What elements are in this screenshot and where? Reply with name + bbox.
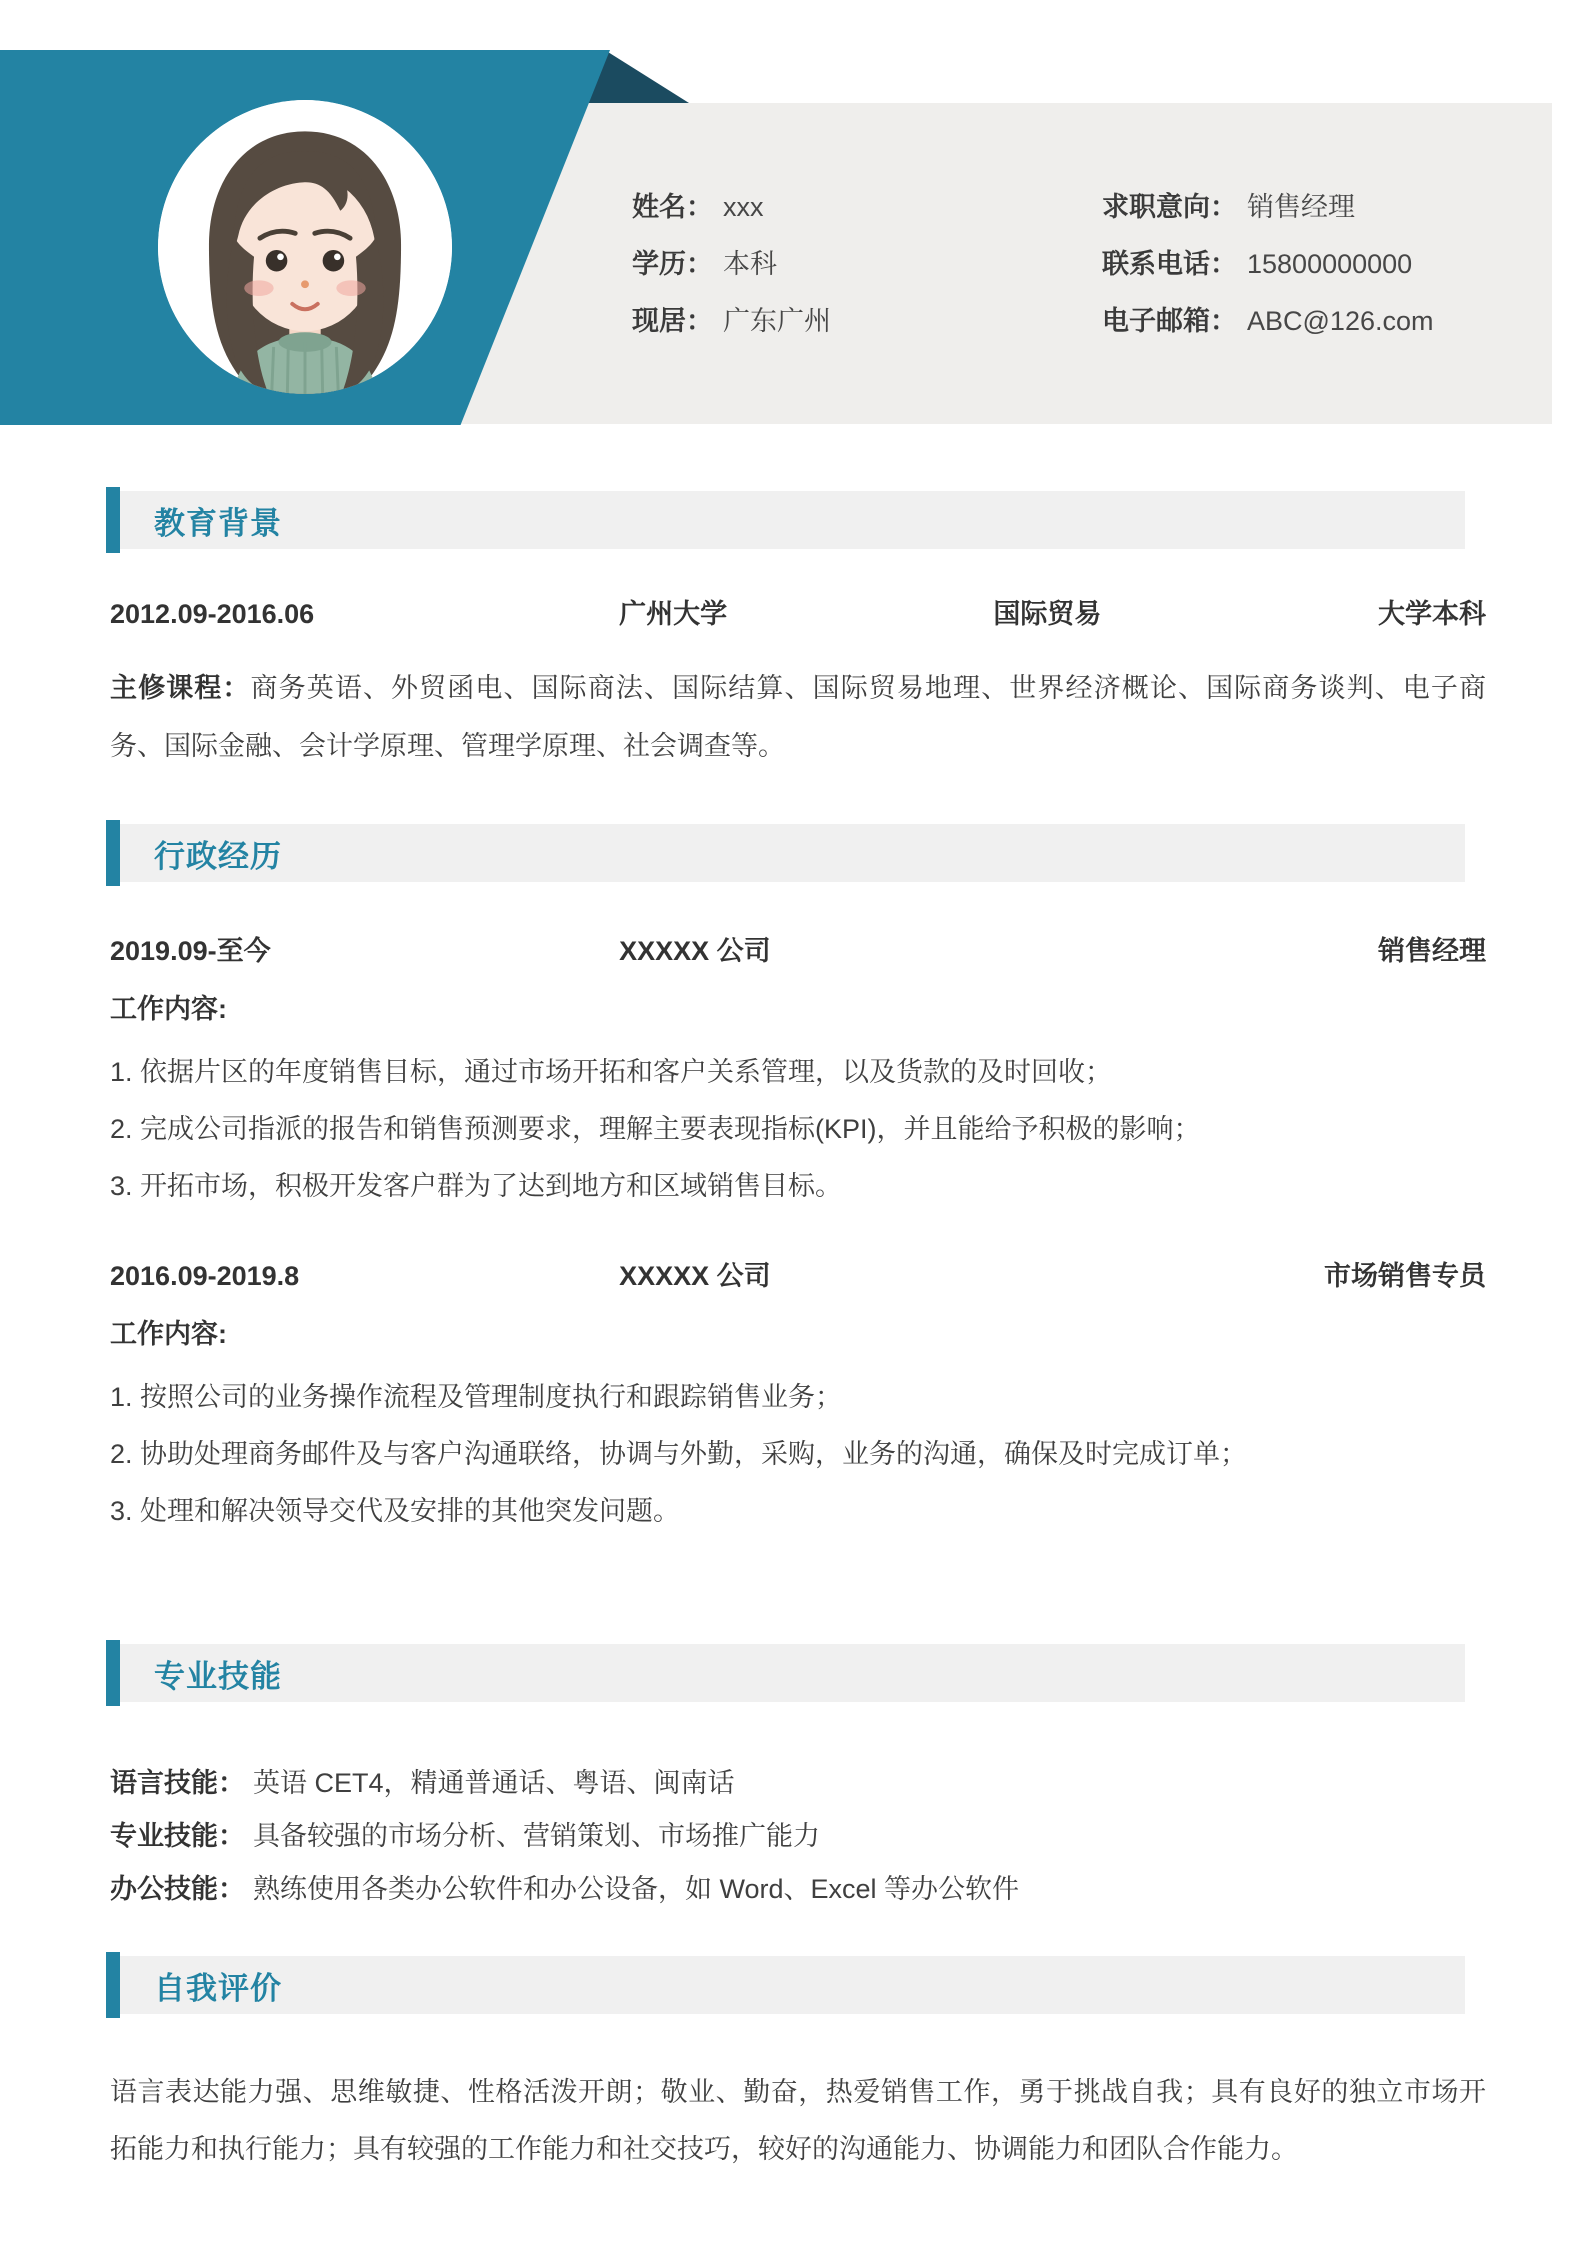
section-skills-heading: 专业技能 bbox=[106, 1640, 1465, 1706]
section-accent-bar bbox=[106, 820, 120, 886]
profile-right-column: 求职意向： 销售经理 联系电话： 15800000000 电子邮箱： ABC@1… bbox=[1102, 185, 1433, 356]
evaluation-text: 语言表达能力强、思维敏捷、性格活泼开朗；敬业、勤奋，热爱销售工作，勇于挑战自我；… bbox=[110, 2064, 1486, 2178]
duty-item: 2. 完成公司指派的报告和销售预测要求，理解主要表现指标(KPI)，并且能给予积… bbox=[110, 1101, 1486, 1158]
evaluation-content: 语言表达能力强、思维敏捷、性格活泼开朗；敬业、勤奋，热爱销售工作，勇于挑战自我；… bbox=[110, 2064, 1486, 2178]
residence-value: 广东广州 bbox=[723, 299, 831, 338]
skill-row-professional: 专业技能： 具备较强的市场分析、营销策划、市场推广能力 bbox=[110, 1819, 1486, 1853]
section-title-skills: 专业技能 bbox=[154, 1651, 282, 1696]
section-education-heading: 教育背景 bbox=[106, 487, 1465, 553]
job-role: 销售经理 bbox=[1211, 934, 1486, 968]
job-company: XXXXX 公司 bbox=[619, 934, 1211, 968]
education-row: 2012.09-2016.06 广州大学 国际贸易 大学本科 bbox=[110, 597, 1486, 631]
education-school: 广州大学 bbox=[619, 597, 993, 631]
duty-item: 3. 处理和解决领导交代及安排的其他突发问题。 bbox=[110, 1483, 1486, 1540]
courses-label: 主修课程： bbox=[110, 673, 251, 703]
profile-field-name: 姓名： xxx bbox=[632, 185, 831, 219]
section-evaluation-heading: 自我评价 bbox=[106, 1952, 1465, 2018]
profile-left-column: 姓名： xxx 学历： 本科 现居： 广东广州 bbox=[632, 185, 831, 356]
name-label: 姓名： bbox=[632, 185, 713, 224]
phone-value: 15800000000 bbox=[1247, 249, 1412, 280]
skill-label: 办公技能： bbox=[110, 1872, 245, 1906]
profile-field-email: 电子邮箱： ABC@126.com bbox=[1102, 299, 1433, 333]
degree-value: 本科 bbox=[723, 242, 777, 281]
avatar-photo bbox=[158, 100, 452, 394]
degree-label: 学历： bbox=[632, 242, 713, 281]
section-title-experience: 行政经历 bbox=[154, 831, 282, 876]
courses-text: 商务英语、外贸函电、国际商法、国际结算、国际贸易地理、世界经济概论、国际商务谈判… bbox=[110, 673, 1486, 761]
job-role: 市场销售专员 bbox=[1211, 1259, 1486, 1293]
job-row: 2016.09-2019.8 XXXXX 公司 市场销售专员 bbox=[110, 1259, 1486, 1293]
education-content: 2012.09-2016.06 广州大学 国际贸易 大学本科 主修课程：商务英语… bbox=[110, 597, 1486, 775]
duties-list: 1. 按照公司的业务操作流程及管理制度执行和跟踪销售业务； 2. 协助处理商务邮… bbox=[110, 1369, 1486, 1540]
name-value: xxx bbox=[723, 192, 764, 223]
profile-panel: 姓名： xxx 学历： 本科 现居： 广东广州 求职意向： 销售经理 联系电话：… bbox=[430, 103, 1552, 424]
skill-text: 英语 CET4，精通普通话、粤语、闽南话 bbox=[253, 1766, 735, 1800]
section-accent-bar bbox=[106, 487, 120, 553]
section-accent-bar bbox=[106, 1640, 120, 1706]
profile-field-phone: 联系电话： 15800000000 bbox=[1102, 242, 1433, 276]
section-heading-bg: 专业技能 bbox=[120, 1644, 1465, 1702]
skill-row-language: 语言技能： 英语 CET4，精通普通话、粤语、闽南话 bbox=[110, 1766, 1486, 1800]
section-experience-heading: 行政经历 bbox=[106, 820, 1465, 886]
job-period: 2019.09-至今 bbox=[110, 934, 619, 968]
duties-label: 工作内容: bbox=[110, 992, 1486, 1026]
skills-content: 语言技能： 英语 CET4，精通普通话、粤语、闽南话 专业技能： 具备较强的市场… bbox=[110, 1766, 1486, 1906]
header: 姓名： xxx 学历： 本科 现居： 广东广州 求职意向： 销售经理 联系电话：… bbox=[0, 0, 1587, 460]
education-period: 2012.09-2016.06 bbox=[110, 597, 619, 631]
avatar-illustration bbox=[158, 100, 452, 394]
residence-label: 现居： bbox=[632, 299, 713, 338]
experience-content: 2019.09-至今 XXXXX 公司 销售经理 工作内容: 1. 依据片区的年… bbox=[110, 934, 1486, 1540]
profile-field-degree: 学历： 本科 bbox=[632, 242, 831, 276]
duty-item: 2. 协助处理商务邮件及与客户沟通联络，协调与外勤，采购，业务的沟通，确保及时完… bbox=[110, 1426, 1486, 1483]
skill-label: 专业技能： bbox=[110, 1819, 245, 1853]
section-title-education: 教育背景 bbox=[154, 498, 282, 543]
education-courses: 主修课程：商务英语、外贸函电、国际商法、国际结算、国际贸易地理、世界经济概论、国… bbox=[110, 659, 1486, 775]
duty-item: 1. 按照公司的业务操作流程及管理制度执行和跟踪销售业务； bbox=[110, 1369, 1486, 1426]
duties-label: 工作内容: bbox=[110, 1317, 1486, 1351]
skill-text: 具备较强的市场分析、营销策划、市场推广能力 bbox=[253, 1819, 820, 1853]
duty-item: 3. 开拓市场，积极开发客户群为了达到地方和区域销售目标。 bbox=[110, 1158, 1486, 1215]
education-degree: 大学本科 bbox=[1335, 597, 1486, 631]
section-heading-bg: 行政经历 bbox=[120, 824, 1465, 882]
skill-label: 语言技能： bbox=[110, 1766, 245, 1800]
email-label: 电子邮箱： bbox=[1102, 299, 1237, 338]
intention-value: 销售经理 bbox=[1247, 185, 1355, 224]
phone-label: 联系电话： bbox=[1102, 242, 1237, 281]
section-accent-bar bbox=[106, 1952, 120, 2018]
profile-field-residence: 现居： 广东广州 bbox=[632, 299, 831, 333]
job-period: 2016.09-2019.8 bbox=[110, 1259, 619, 1293]
section-heading-bg: 自我评价 bbox=[120, 1956, 1465, 2014]
email-value: ABC@126.com bbox=[1247, 306, 1433, 337]
skill-row-office: 办公技能： 熟练使用各类办公软件和办公设备，如 Word、Excel 等办公软件 bbox=[110, 1872, 1486, 1906]
skill-text: 熟练使用各类办公软件和办公设备，如 Word、Excel 等办公软件 bbox=[253, 1872, 1019, 1906]
section-title-evaluation: 自我评价 bbox=[154, 1963, 282, 2008]
job-company: XXXXX 公司 bbox=[619, 1259, 1211, 1293]
section-heading-bg: 教育背景 bbox=[120, 491, 1465, 549]
duties-list: 1. 依据片区的年度销售目标，通过市场开拓和客户关系管理，以及货款的及时回收； … bbox=[110, 1044, 1486, 1215]
profile-field-intention: 求职意向： 销售经理 bbox=[1102, 185, 1433, 219]
education-major: 国际贸易 bbox=[993, 597, 1334, 631]
duty-item: 1. 依据片区的年度销售目标，通过市场开拓和客户关系管理，以及货款的及时回收； bbox=[110, 1044, 1486, 1101]
job-row: 2019.09-至今 XXXXX 公司 销售经理 bbox=[110, 934, 1486, 968]
intention-label: 求职意向： bbox=[1102, 185, 1237, 224]
